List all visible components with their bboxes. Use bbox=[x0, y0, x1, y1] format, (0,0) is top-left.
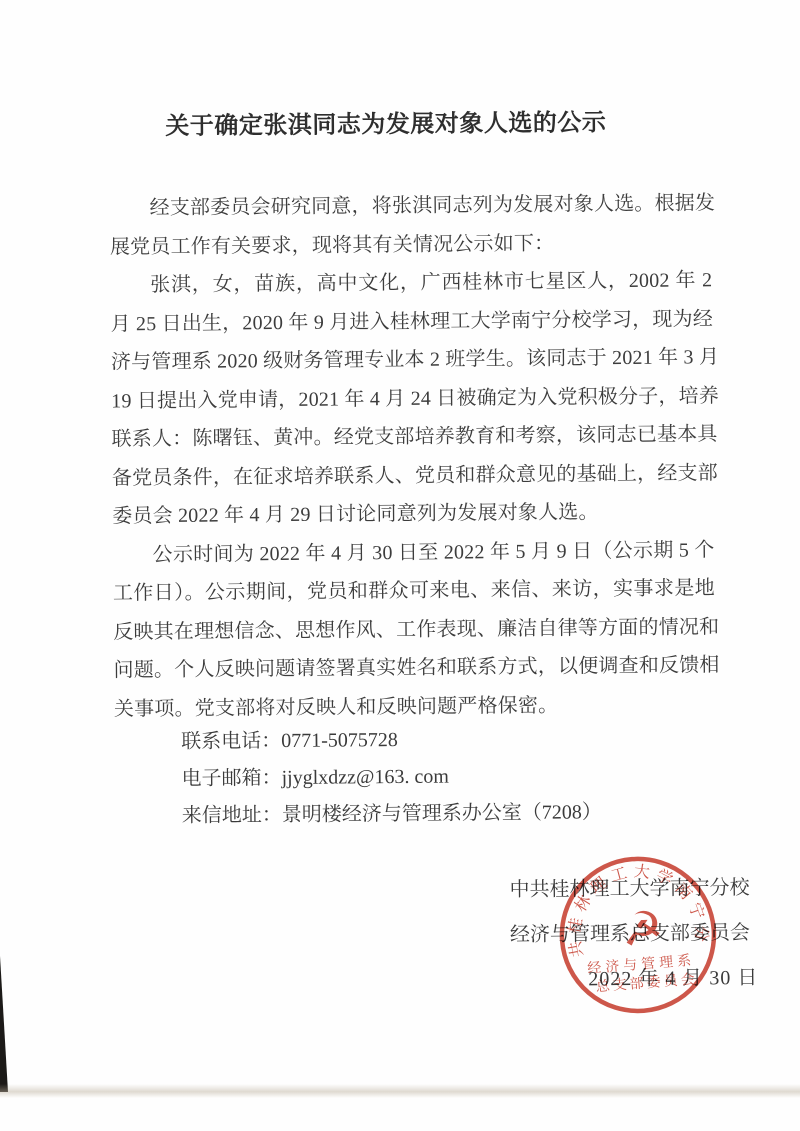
body-line: 公示时间为 2022 年 4 月 30 日至 2022 年 5 月 9 日（公示… bbox=[112, 531, 714, 575]
paragraph-2: 张淇，女，苗族，高中文化，广西桂林市七星区人，2002 年 2 月 25 日出生… bbox=[110, 261, 714, 536]
contact-email-value: jjyglxdzz@163. com bbox=[281, 766, 448, 789]
body-line: 展党员工作有关要求，现将其有关情况公示如下： bbox=[110, 223, 712, 267]
document-body: 经支部委员会研究同意，将张淇同志列为发展对象人选。根据发 展党员工作有关要求，现… bbox=[109, 184, 716, 728]
document-content: 关于确定张淇同志为发展对象人选的公示 经支部委员会研究同意，将张淇同志列为发展对… bbox=[0, 0, 800, 1131]
paragraph-3: 公示时间为 2022 年 4 月 30 日至 2022 年 5 月 9 日（公示… bbox=[112, 531, 716, 729]
body-line: 济与管理系 2020 级财务管理专业本 2 班学生。该同志于 2021 年 3 … bbox=[111, 338, 713, 382]
body-line: 委员会 2022 年 4 月 29 日讨论同意列为发展对象人选。 bbox=[112, 492, 714, 536]
body-line: 反映其在理想信念、思想作风、工作表现、廉洁自律等方面的情况和 bbox=[113, 608, 715, 652]
body-line: 备党员条件，在征求培养联系人、党员和群众意见的基础上，经支部 bbox=[112, 454, 714, 498]
document-title: 关于确定张淇同志为发展对象人选的公示 bbox=[0, 101, 776, 143]
hammer-sickle-icon: ☭ bbox=[620, 900, 665, 957]
contact-info: 联系电话：0771-5075728 电子邮箱：jjyglxdzz@163. co… bbox=[181, 720, 602, 835]
body-line: 月 25 日出生，2020 年 9 月进入桂林理工大学南宁分校学习，现为经 bbox=[110, 300, 712, 344]
body-line: 张淇，女，苗族，高中文化，广西桂林市七星区人，2002 年 2 bbox=[110, 261, 712, 305]
body-line: 问题。个人反映问题请签署真实姓名和联系方式，以便调查和反馈相 bbox=[113, 646, 715, 690]
scanned-notice-page: 关于确定张淇同志为发展对象人选的公示 经支部委员会研究同意，将张淇同志列为发展对… bbox=[0, 0, 800, 1131]
contact-phone-label: 联系电话： bbox=[181, 730, 281, 753]
contact-address-label: 来信地址： bbox=[182, 804, 282, 827]
contact-address: 来信地址：景明楼经济与管理系办公室（7208） bbox=[182, 794, 602, 835]
contact-email: 电子邮箱：jjyglxdzz@163. com bbox=[181, 757, 601, 798]
official-seal-stamp: 中共桂林理工大学南宁分校 ☭ 经济与管理系 总支部委员会 bbox=[547, 844, 730, 1027]
body-line: 联系人：陈曙钰、黄冲。经党支部培养教育和考察，该同志已基本具 bbox=[111, 415, 713, 459]
body-line: 工作日）。公示期间，党员和群众可来电、来信、来访，实事求是地 bbox=[113, 569, 715, 613]
scan-artifact-bottom-paper-edge bbox=[0, 1084, 800, 1098]
contact-phone-value: 0771-5075728 bbox=[281, 729, 398, 752]
paragraph-1: 经支部委员会研究同意，将张淇同志列为发展对象人选。根据发 展党员工作有关要求，现… bbox=[109, 184, 712, 266]
contact-phone: 联系电话：0771-5075728 bbox=[181, 720, 601, 761]
body-line: 经支部委员会研究同意，将张淇同志列为发展对象人选。根据发 bbox=[109, 184, 711, 228]
body-line: 19 日提出入党申请，2021 年 4 月 24 日被确定为入党积极分子，培养 bbox=[111, 377, 713, 421]
contact-email-label: 电子邮箱： bbox=[181, 767, 281, 790]
contact-address-value: 景明楼经济与管理系办公室（7208） bbox=[282, 801, 602, 826]
